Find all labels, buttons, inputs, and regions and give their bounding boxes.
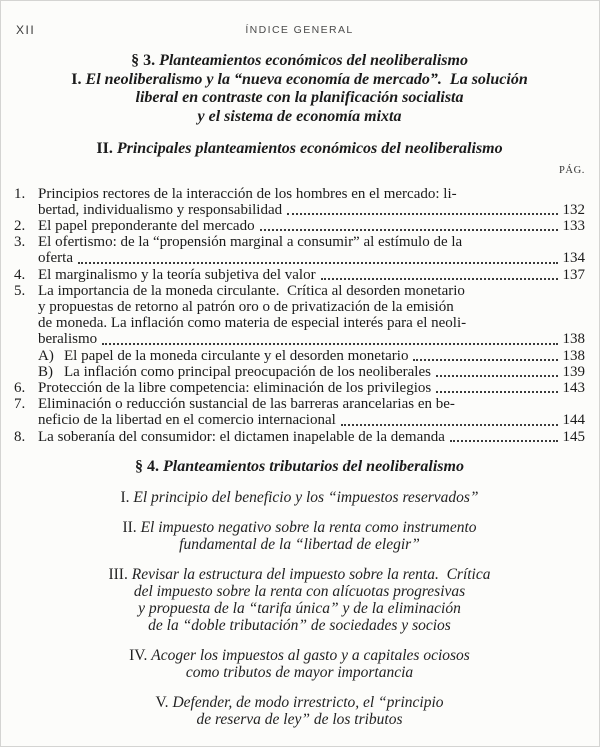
page-column-label: PÁG.: [14, 165, 585, 177]
leader-dots: [260, 229, 558, 231]
toc-line: y propuestas de retorno al patrón oro o …: [14, 299, 585, 315]
entry-text: oferta: [38, 250, 73, 266]
section-4-subsection: V. Defender, de modo irrestricto, el “pr…: [14, 694, 585, 728]
entry-page: 139: [561, 364, 585, 380]
subheading-line: I. El neoliberalismo y la “nueva economí…: [14, 71, 585, 90]
toc-line: 7.Eliminación o reducción sustancial de …: [14, 396, 585, 412]
subsection-line: fundamental de la “libertad de elegir”: [14, 536, 585, 553]
entry-text: Principios rectores de la interacción de…: [38, 186, 457, 202]
toc-entry: 6.Protección de la libre competencia: el…: [14, 380, 585, 396]
section-3-title: Planteamientos económicos del neoliberal…: [159, 52, 468, 69]
subheading-text: Principales planteamientos económicos de…: [117, 140, 503, 157]
section-4-subsection: III. Revisar la estructura del impuesto …: [14, 566, 585, 634]
subsection-line: de la “doble tributación” de sociedades …: [14, 617, 585, 634]
entry-number: 3.: [14, 234, 38, 250]
entry-text: Eliminación o reducción sustancial de la…: [38, 396, 455, 412]
toc-line: 1.Principios rectores de la interacción …: [14, 186, 585, 202]
section-4-subsection: IV. Acoger los impuestos al gasto y a ca…: [14, 647, 585, 681]
leader-dots: [102, 343, 558, 345]
toc-line: 6.Protección de la libre competencia: el…: [14, 380, 585, 396]
section-4-heading: § 4. Planteamientos tributarios del neol…: [14, 458, 585, 477]
entry-text: Protección de la libre competencia: elim…: [38, 380, 431, 396]
subsection-text: El impuesto negativo sobre la renta como…: [141, 519, 477, 536]
running-header: XII ÍNDICE GENERAL: [14, 22, 585, 37]
entry-page: 145: [561, 429, 585, 445]
leader-dots: [341, 424, 558, 426]
toc-line: oferta134: [14, 250, 585, 266]
entry-text: La inflación como principal preocupación…: [64, 364, 431, 380]
section-4-title: Planteamientos tributarios del neolibera…: [163, 458, 464, 475]
entry-text: La soberanía del consumidor: el dictamen…: [38, 429, 445, 445]
section-4-number: § 4.: [135, 458, 159, 475]
toc-list: 1.Principios rectores de la interacción …: [14, 186, 585, 445]
entry-number: A): [38, 348, 64, 364]
entry-text: El papel preponderante del mercado: [38, 218, 255, 234]
toc-entry: 5.La importancia de la moneda circulante…: [14, 283, 585, 348]
entry-number: 4.: [14, 267, 38, 283]
entry-text: bertad, individualismo y responsabilidad: [38, 202, 282, 218]
subsection-text: Acoger los impuestos al gasto y a capita…: [151, 647, 470, 664]
book-index-page: XII ÍNDICE GENERAL § 3. Planteamientos e…: [0, 0, 600, 747]
subheading-line: liberal en contraste con la planificació…: [14, 89, 585, 108]
entry-page: 144: [561, 412, 585, 428]
toc-entry: B)La inflación como principal preocupaci…: [14, 364, 585, 380]
toc-line: 8.La soberanía del consumidor: el dictam…: [14, 429, 585, 445]
entry-page: 133: [561, 218, 585, 234]
toc-line: de moneda. La inflación como materia de …: [14, 315, 585, 331]
leader-dots: [78, 262, 558, 264]
subheading-line: y el sistema de economía mixta: [14, 108, 585, 127]
subsection-line: IV. Acoger los impuestos al gasto y a ca…: [14, 647, 585, 664]
leader-dots: [287, 213, 558, 215]
entry-number: 7.: [14, 396, 38, 412]
section-4-subsections: I. El principio del beneficio y los “imp…: [14, 489, 585, 728]
entry-number: 6.: [14, 380, 38, 396]
subheading-text: El neoliberalismo y la “nueva economía d…: [86, 71, 528, 88]
entry-page: 138: [561, 331, 585, 347]
subheading-numeral: II.: [96, 140, 112, 157]
subheading-numeral: I.: [71, 71, 81, 88]
leader-dots: [413, 359, 558, 361]
toc-entry: 3.El ofertismo: de la “propensión margin…: [14, 234, 585, 266]
toc-entry: 8.La soberanía del consumidor: el dictam…: [14, 429, 585, 445]
section-3-number: § 3.: [131, 52, 155, 69]
toc-line: bertad, individualismo y responsabilidad…: [14, 202, 585, 218]
entry-page: 143: [561, 380, 585, 396]
toc-line: 2.El papel preponderante del mercado133: [14, 218, 585, 234]
subsection-text: El principio del beneficio y los “impues…: [133, 489, 478, 506]
entry-number: 8.: [14, 429, 38, 445]
toc-entry: 2.El papel preponderante del mercado133: [14, 218, 585, 234]
section-3-subheading-1: I. El neoliberalismo y la “nueva economí…: [14, 71, 585, 127]
entry-number: 1.: [14, 186, 38, 202]
toc-line: A)El papel de la moneda circulante y el …: [14, 348, 585, 364]
section-3-subheading-2: II. Principales planteamientos económico…: [14, 140, 585, 159]
subsection-line: como tributos de mayor importancia: [14, 664, 585, 681]
toc-entry: 4.El marginalismo y la teoría subjetiva …: [14, 267, 585, 283]
toc-entry: 7.Eliminación o reducción sustancial de …: [14, 396, 585, 428]
entry-page: 138: [561, 348, 585, 364]
toc-line: 4.El marginalismo y la teoría subjetiva …: [14, 267, 585, 283]
leader-dots: [436, 391, 558, 393]
entry-text: y propuestas de retorno al patrón oro o …: [38, 299, 454, 315]
section-4-subsection: II. El impuesto negativo sobre la renta …: [14, 519, 585, 553]
section-3-heading: § 3. Planteamientos económicos del neoli…: [14, 52, 585, 71]
entry-page: 132: [561, 202, 585, 218]
toc-line: 3.El ofertismo: de la “propensión margin…: [14, 234, 585, 250]
subsection-numeral: III.: [108, 566, 131, 583]
entry-text: El papel de la moneda circulante y el de…: [64, 348, 408, 364]
subsection-numeral: I.: [120, 489, 133, 506]
toc-line: 5.La importancia de la moneda circulante…: [14, 283, 585, 299]
subsection-text: Defender, de modo irrestricto, el “princ…: [172, 694, 443, 711]
running-head-title: ÍNDICE GENERAL: [14, 24, 585, 36]
subsection-line: III. Revisar la estructura del impuesto …: [14, 566, 585, 583]
entry-number: B): [38, 364, 64, 380]
toc-entry: 1.Principios rectores de la interacción …: [14, 186, 585, 218]
subsection-text: Revisar la estructura del impuesto sobre…: [132, 566, 491, 583]
entry-text: La importancia de la moneda circulante. …: [38, 283, 465, 299]
leader-dots: [450, 440, 558, 442]
subsection-line: y propuesta de la “tarifa única” y de la…: [14, 600, 585, 617]
entry-text: neficio de la libertad en el comercio in…: [38, 412, 336, 428]
entry-page: 134: [561, 250, 585, 266]
subsection-line: I. El principio del beneficio y los “imp…: [14, 489, 585, 506]
subsection-line: del impuesto sobre la renta con alícuota…: [14, 583, 585, 600]
subsection-line: II. El impuesto negativo sobre la renta …: [14, 519, 585, 536]
entry-text: El marginalismo y la teoría subjetiva de…: [38, 267, 316, 283]
toc-line: neficio de la libertad en el comercio in…: [14, 412, 585, 428]
subsection-line: V. Defender, de modo irrestricto, el “pr…: [14, 694, 585, 711]
entry-number: 2.: [14, 218, 38, 234]
subsection-numeral: IV.: [129, 647, 151, 664]
entry-number: 5.: [14, 283, 38, 299]
leader-dots: [436, 375, 558, 377]
subsection-numeral: II.: [122, 519, 140, 536]
entry-text: El ofertismo: de la “propensión marginal…: [38, 234, 462, 250]
entry-page: 137: [561, 267, 585, 283]
subsection-line: de reserva de ley” de los tributos: [14, 711, 585, 728]
toc-line: B)La inflación como principal preocupaci…: [14, 364, 585, 380]
entry-text: de moneda. La inflación como materia de …: [38, 315, 466, 331]
toc-entry: A)El papel de la moneda circulante y el …: [14, 348, 585, 364]
entry-text: beralismo: [38, 331, 97, 347]
leader-dots: [321, 278, 558, 280]
subsection-numeral: V.: [155, 694, 172, 711]
toc-line: beralismo138: [14, 331, 585, 347]
section-4-subsection: I. El principio del beneficio y los “imp…: [14, 489, 585, 506]
